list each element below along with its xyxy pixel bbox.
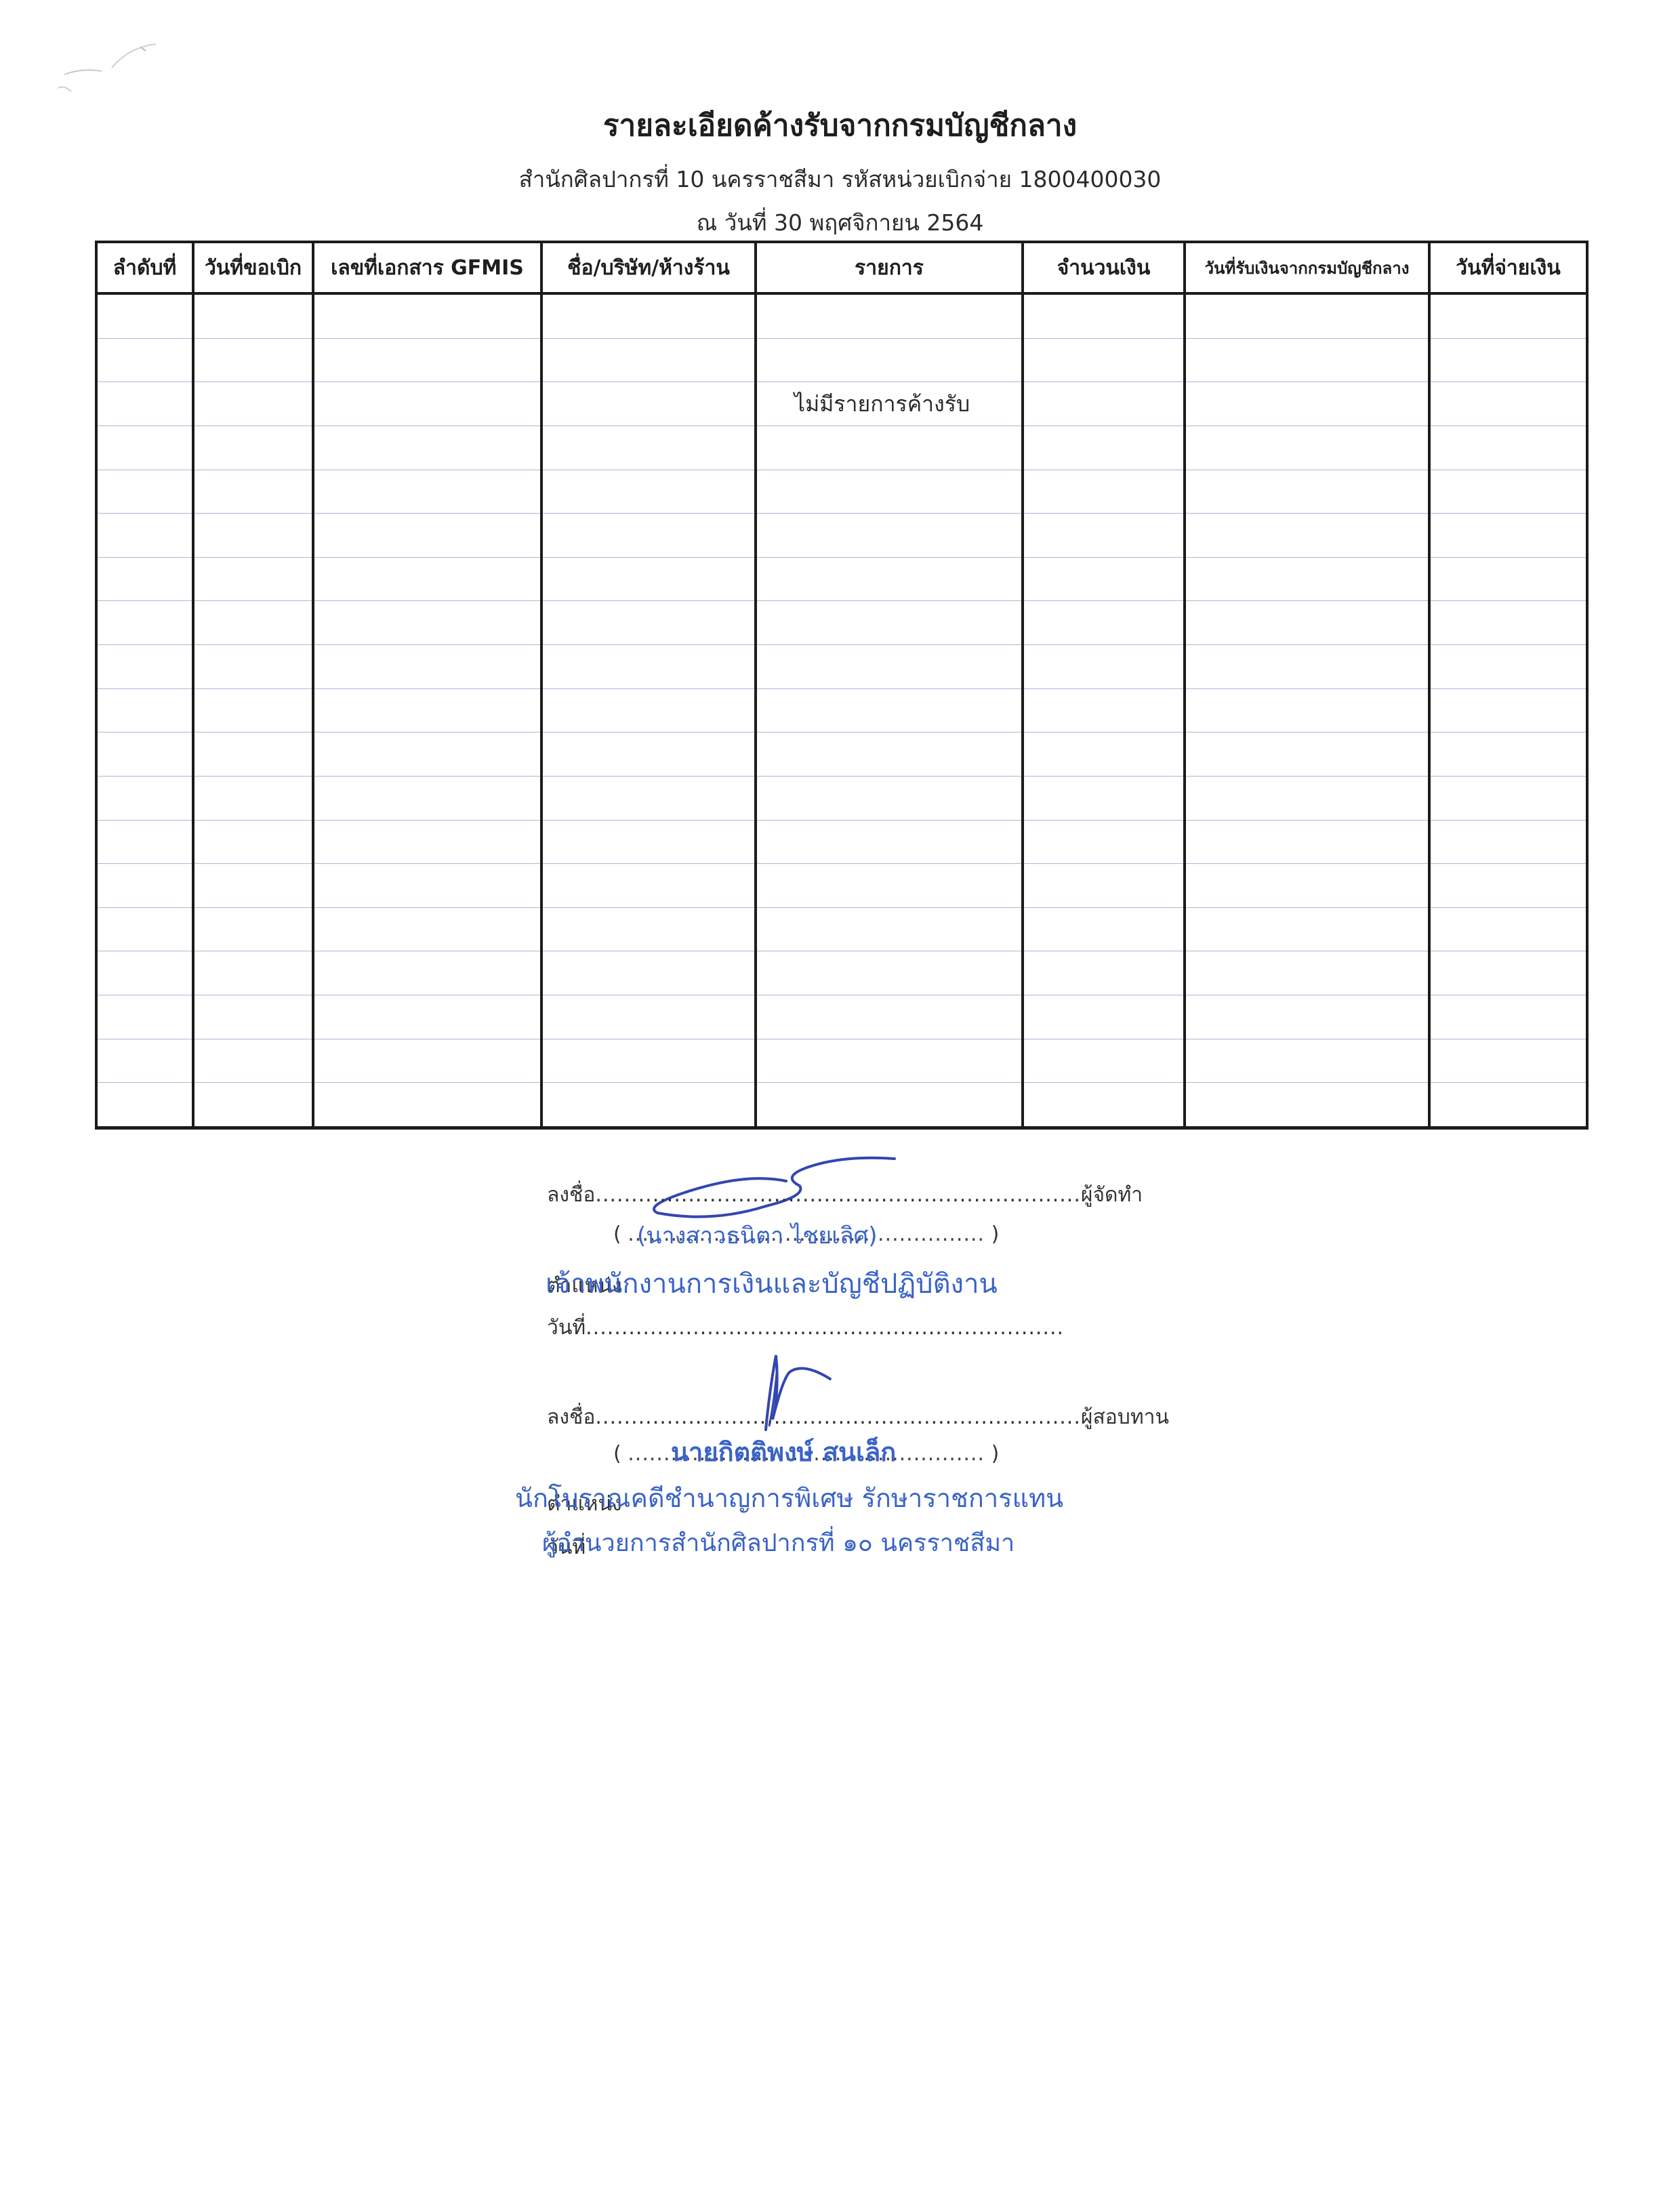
table-cell <box>193 1083 313 1128</box>
table-cell <box>1023 1039 1185 1083</box>
paren-open: ( <box>613 1222 621 1246</box>
table-cell <box>541 514 756 558</box>
table-cell <box>96 776 193 820</box>
table-cell <box>313 951 541 995</box>
reviewer-sign-label: ลงชื่อ <box>547 1405 595 1429</box>
preparer-date-label: วันที่ <box>547 1316 586 1340</box>
paren-close: ) <box>991 1222 1000 1246</box>
table-cell <box>313 514 541 558</box>
table-cell <box>313 864 541 908</box>
table-cell <box>1185 995 1429 1039</box>
table-header-row: ลำดับที่ วันที่ขอเบิก เลขที่เอกสาร GFMIS… <box>96 242 1587 293</box>
table-cell <box>1185 864 1429 908</box>
table-cell <box>1429 293 1587 338</box>
table-cell <box>1429 995 1587 1039</box>
table-cell <box>1023 470 1185 514</box>
table-row <box>96 645 1587 689</box>
table-cell <box>193 426 313 470</box>
table-cell <box>541 382 756 426</box>
table-cell <box>756 645 1023 689</box>
table-row <box>96 732 1587 777</box>
table-cell <box>1185 1083 1429 1128</box>
preparer-sign-dots: ........................................… <box>595 1183 1080 1207</box>
column-header-vendor: ชื่อ/บริษัท/ห้างร้าน <box>541 242 756 293</box>
preparer-date-line: วันที่..................................… <box>547 1312 1064 1344</box>
table-cell <box>193 820 313 864</box>
table-cell <box>193 732 313 777</box>
as-of-date: ณ วันที่ 30 พฤศจิกายน 2564 <box>0 205 1680 241</box>
table-cell <box>96 1039 193 1083</box>
table-body: ไม่มีรายการค้างรับ <box>96 293 1587 1128</box>
table-cell <box>1023 514 1185 558</box>
table-cell <box>96 995 193 1039</box>
table-cell <box>313 820 541 864</box>
table-cell <box>193 776 313 820</box>
table-cell <box>1429 688 1587 732</box>
table-cell <box>756 732 1023 777</box>
column-header-amount: จำนวนเงิน <box>1023 242 1185 293</box>
table-cell <box>756 426 1023 470</box>
preparer-role: ผู้จัดทำ <box>1081 1183 1143 1207</box>
table-cell <box>193 1039 313 1083</box>
paren-close: ) <box>991 1442 1000 1466</box>
table-cell <box>313 601 541 645</box>
table-cell <box>1429 1039 1587 1083</box>
table-cell <box>96 907 193 951</box>
table-row <box>96 907 1587 951</box>
table-cell <box>96 645 193 689</box>
table-cell <box>96 864 193 908</box>
table-cell <box>541 951 756 995</box>
reviewer-sign-dots: ........................................… <box>595 1405 1080 1429</box>
no-receivables-message: ไม่มีรายการค้างรับ <box>756 382 1023 426</box>
table-cell <box>1429 820 1587 864</box>
reviewer-role: ผู้สอบทาน <box>1081 1405 1169 1429</box>
table-cell <box>541 645 756 689</box>
table-row <box>96 426 1587 470</box>
preparer-position-stamp: เจ้าพนักงานการเงินและบัญชีปฏิบัติงาน <box>546 1262 998 1305</box>
table-cell <box>96 688 193 732</box>
table-cell <box>96 426 193 470</box>
preparer-sign-label: ลงชื่อ <box>547 1183 595 1207</box>
table-cell <box>541 293 756 338</box>
table-cell <box>541 338 756 382</box>
table-row <box>96 514 1587 558</box>
table-cell <box>756 601 1023 645</box>
table-cell <box>313 426 541 470</box>
table-cell <box>1429 907 1587 951</box>
table-cell <box>756 514 1023 558</box>
table-cell <box>1429 382 1587 426</box>
table-cell <box>193 601 313 645</box>
table-cell <box>756 995 1023 1039</box>
table-cell <box>756 864 1023 908</box>
table-cell <box>193 951 313 995</box>
table-cell <box>1185 776 1429 820</box>
table-cell <box>541 907 756 951</box>
table-cell <box>313 338 541 382</box>
table-row <box>96 338 1587 382</box>
table-cell <box>313 1083 541 1128</box>
table-cell <box>193 293 313 338</box>
table-cell <box>193 338 313 382</box>
table-cell <box>96 382 193 426</box>
table-cell <box>1185 601 1429 645</box>
table-cell <box>1023 951 1185 995</box>
column-header-gfmis-doc-no: เลขที่เอกสาร GFMIS <box>313 242 541 293</box>
table-cell <box>1429 776 1587 820</box>
table-cell <box>756 688 1023 732</box>
column-header-request-date: วันที่ขอเบิก <box>193 242 313 293</box>
table-cell <box>1023 1083 1185 1128</box>
table-row <box>96 995 1587 1039</box>
table-row <box>96 1083 1587 1128</box>
table-cell <box>313 995 541 1039</box>
table-cell <box>313 645 541 689</box>
table-cell <box>1023 338 1185 382</box>
table-cell <box>1185 688 1429 732</box>
column-header-payment-date: วันที่จ่ายเงิน <box>1429 242 1587 293</box>
table-cell <box>1185 470 1429 514</box>
table-cell <box>193 645 313 689</box>
document-subtitle: สำนักศิลปากรที่ 10 นครราชสีมา รหัสหน่วยเ… <box>0 161 1680 197</box>
table-row <box>96 1039 1587 1083</box>
table-cell <box>541 426 756 470</box>
table-cell <box>1429 864 1587 908</box>
table-cell <box>756 820 1023 864</box>
table-cell <box>1429 1083 1587 1128</box>
table-cell <box>1429 732 1587 777</box>
table-cell <box>756 293 1023 338</box>
table-cell <box>1023 907 1185 951</box>
table-cell <box>541 864 756 908</box>
table-cell <box>756 1039 1023 1083</box>
table-cell <box>313 732 541 777</box>
table-cell <box>1429 645 1587 689</box>
table-cell <box>1023 864 1185 908</box>
table-cell <box>1429 557 1587 601</box>
table-cell <box>313 776 541 820</box>
table-cell <box>1023 382 1185 426</box>
table-cell <box>756 1083 1023 1128</box>
column-header-description: รายการ <box>756 242 1023 293</box>
table-cell <box>1185 338 1429 382</box>
table-cell <box>313 557 541 601</box>
table-cell <box>1023 995 1185 1039</box>
table-cell <box>1429 470 1587 514</box>
reviewer-sign-line: ลงชื่อ..................................… <box>547 1401 1169 1433</box>
table-cell <box>1023 557 1185 601</box>
table-row <box>96 951 1587 995</box>
table-cell <box>1185 382 1429 426</box>
table-cell <box>193 470 313 514</box>
table-cell <box>1185 732 1429 777</box>
table-cell <box>541 732 756 777</box>
receivables-table: ลำดับที่ วันที่ขอเบิก เลขที่เอกสาร GFMIS… <box>95 241 1589 1130</box>
table-cell <box>1185 557 1429 601</box>
table-cell <box>756 776 1023 820</box>
table-cell <box>541 1083 756 1128</box>
table-cell <box>541 776 756 820</box>
preparer-sign-line: ลงชื่อ..................................… <box>547 1179 1143 1211</box>
table-cell <box>756 557 1023 601</box>
table-cell <box>193 688 313 732</box>
table-cell <box>541 601 756 645</box>
table-cell <box>541 995 756 1039</box>
reviewer-name-stamp: นายกิตติพงษ์ สนเล็ก <box>671 1431 896 1472</box>
table-cell <box>313 1039 541 1083</box>
table-cell <box>96 951 193 995</box>
table-cell <box>756 470 1023 514</box>
table-cell <box>313 382 541 426</box>
table-cell <box>96 514 193 558</box>
table-cell <box>541 820 756 864</box>
table-row <box>96 864 1587 908</box>
table-cell <box>96 601 193 645</box>
table-cell <box>541 688 756 732</box>
table-cell <box>1429 426 1587 470</box>
table-cell <box>756 907 1023 951</box>
table-cell <box>1185 293 1429 338</box>
table-cell <box>1429 601 1587 645</box>
table-cell <box>96 1083 193 1128</box>
table-cell <box>1185 426 1429 470</box>
table-cell <box>1185 820 1429 864</box>
table-cell <box>1185 1039 1429 1083</box>
table-cell <box>193 557 313 601</box>
table-cell <box>1023 601 1185 645</box>
table-cell <box>96 470 193 514</box>
table-cell <box>313 907 541 951</box>
table-cell <box>756 951 1023 995</box>
reviewer-position-stamp-line1: นักโบราณคดีชำนาญการพิเศษ รักษาราชการแทน <box>515 1477 1063 1519</box>
table-cell <box>313 293 541 338</box>
table-row <box>96 776 1587 820</box>
table-cell <box>96 820 193 864</box>
table-cell <box>193 514 313 558</box>
table-row <box>96 470 1587 514</box>
receivables-table-container: ลำดับที่ วันที่ขอเบิก เลขที่เอกสาร GFMIS… <box>95 241 1586 1130</box>
table-row <box>96 293 1587 338</box>
table-cell <box>193 382 313 426</box>
table-cell <box>1185 907 1429 951</box>
column-header-sequence: ลำดับที่ <box>96 242 193 293</box>
table-cell <box>1185 514 1429 558</box>
table-cell <box>96 732 193 777</box>
table-cell <box>541 1039 756 1083</box>
table-cell <box>1185 645 1429 689</box>
table-cell <box>1023 732 1185 777</box>
table-cell <box>1023 426 1185 470</box>
paren-open: ( <box>613 1442 621 1466</box>
table-cell <box>193 995 313 1039</box>
column-header-received-date: วันที่รับเงินจากกรมบัญชีกลาง <box>1185 242 1429 293</box>
reviewer-position-stamp-line2: ผู้อำนวยการสำนักศิลปากรที่ ๑๐ นครราชสีมา <box>542 1523 1015 1562</box>
table-cell <box>313 470 541 514</box>
table-row <box>96 557 1587 601</box>
table-cell <box>96 338 193 382</box>
table-cell <box>193 864 313 908</box>
document-title: รายละเอียดค้างรับจากกรมบัญชีกลาง <box>0 102 1680 149</box>
table-cell <box>193 907 313 951</box>
table-cell <box>1023 688 1185 732</box>
table-cell <box>1023 293 1185 338</box>
table-row <box>96 820 1587 864</box>
table-cell <box>96 557 193 601</box>
table-cell <box>1023 820 1185 864</box>
table-cell <box>1023 776 1185 820</box>
table-cell <box>1429 514 1587 558</box>
table-cell <box>313 688 541 732</box>
table-cell <box>96 293 193 338</box>
table-cell <box>1185 951 1429 995</box>
table-cell <box>1429 338 1587 382</box>
table-cell <box>1023 645 1185 689</box>
table-cell <box>541 557 756 601</box>
table-cell <box>1429 951 1587 995</box>
preparer-date-dots: ........................................… <box>586 1316 1064 1340</box>
table-row: ไม่มีรายการค้างรับ <box>96 382 1587 426</box>
table-cell <box>541 470 756 514</box>
table-row <box>96 688 1587 732</box>
table-row <box>96 601 1587 645</box>
table-cell <box>756 338 1023 382</box>
preparer-name-stamp: (นางสาวธนิตา ไชยเลิศ) <box>637 1217 878 1254</box>
